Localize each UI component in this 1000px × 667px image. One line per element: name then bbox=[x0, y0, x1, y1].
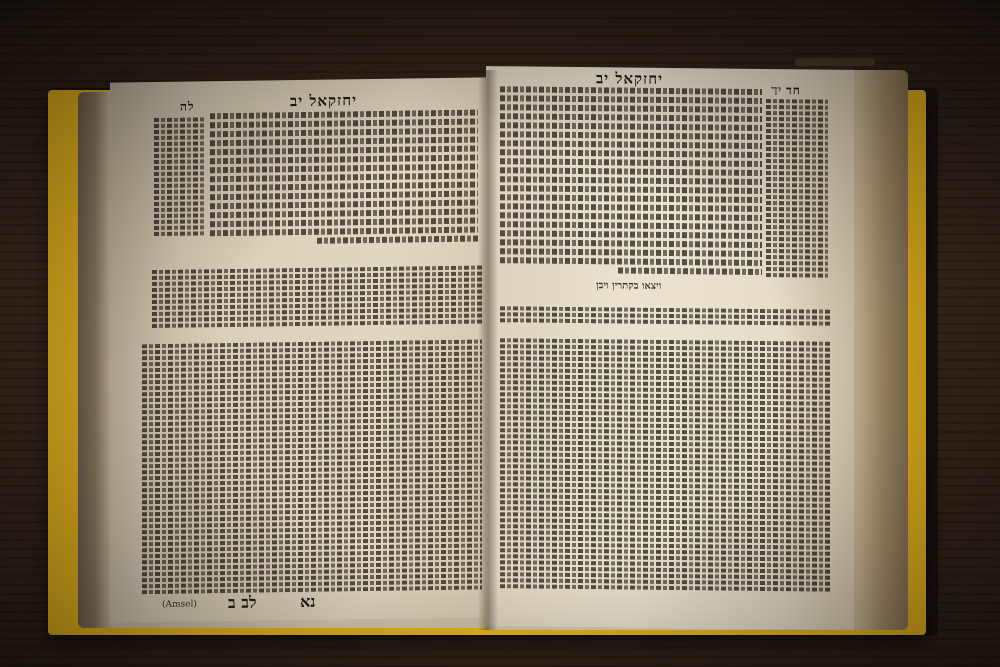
photo-vignette bbox=[0, 0, 1000, 667]
